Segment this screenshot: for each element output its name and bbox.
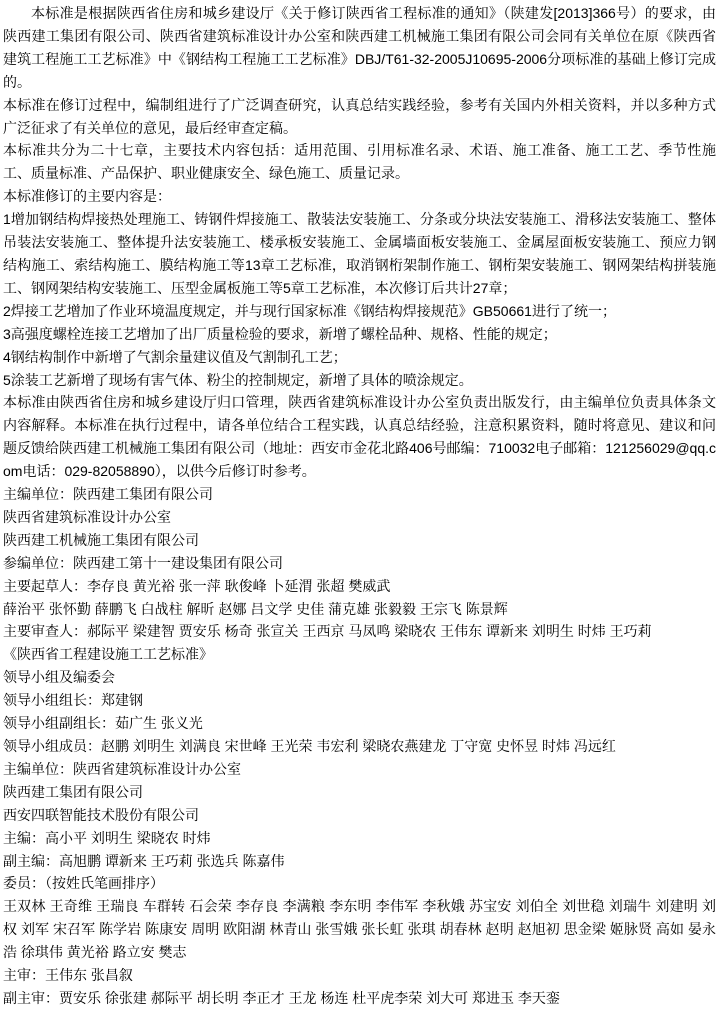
- line-standard-series-title: 《陕西省工程建设施工工艺标准》: [3, 643, 716, 666]
- line-chief-examiners: 主审：王伟东 张昌叙: [3, 964, 716, 987]
- paragraph-revision-item-1: 1增加钢结构焊接热处理施工、铸钢件焊接施工、散装法安装施工、分条或分块法安装施工…: [3, 208, 716, 300]
- line-series-chief-editing-unit-3: 西安四联智能技术股份有限公司: [3, 804, 716, 827]
- line-main-drafters-2: 薛治平 张怀勤 薛鹏飞 白战柱 解昕 赵娜 吕文学 史佳 蒲克雄 张毅毅 王宗飞…: [3, 598, 716, 621]
- paragraph-standard-basis: 本标准是根据陕西省住房和城乡建设厅《关于修订陕西省工程标准的通知》（陕建发[20…: [3, 2, 716, 94]
- paragraph-revision-intro: 本标准修订的主要内容是：: [3, 185, 716, 208]
- line-leading-group-members: 领导小组成员：赵鹏 刘明生 刘满良 宋世峰 王光荣 韦宏利 梁晓农燕建龙 丁守宽…: [3, 735, 716, 758]
- line-leading-group-deputy-leaders: 领导小组副组长：茹广生 张义光: [3, 712, 716, 735]
- line-deputy-chief-examiners: 副主审：贾安乐 徐张建 郝际平 胡长明 李正才 王龙 杨连 杜平虎李荣 刘大可 …: [3, 987, 716, 1010]
- paragraph-revision-item-5: 5涂装工艺新增了现场有害气体、粉尘的控制规定，新增了具体的喷涂规定。: [3, 369, 716, 392]
- paragraph-administration-contact: 本标准由陕西省住房和城乡建设厅归口管理，陕西省建筑标准设计办公室负责出版发行，由…: [3, 391, 716, 483]
- paragraph-revision-item-3: 3高强度螺栓连接工艺增加了出厂质量检验的要求，新增了螺栓品种、规格、性能的规定；: [3, 323, 716, 346]
- line-committee-members-list: 王双林 王奇维 王瑞良 车群转 石会荣 李存良 李满粮 李东明 李伟军 李秋娥 …: [3, 895, 716, 964]
- line-chief-editing-unit: 主编单位：陕西建工集团有限公司: [3, 483, 716, 506]
- line-chief-editors: 主编：高小平 刘明生 梁晓农 时炜: [3, 827, 716, 850]
- line-chief-editing-unit-3: 陕西建工机械施工集团有限公司: [3, 529, 716, 552]
- paragraph-revision-process: 本标准在修订过程中，编制组进行了广泛调查研究，认真总结实践经验，参考有关国内外相…: [3, 94, 716, 140]
- line-main-drafters: 主要起草人：李存良 黄光裕 张一萍 耿俊峰 卜延渭 张超 樊威武: [3, 575, 716, 598]
- line-leading-group-committee: 领导小组及编委会: [3, 666, 716, 689]
- line-series-chief-editing-unit: 主编单位：陕西省建筑标准设计办公室: [3, 758, 716, 781]
- line-series-chief-editing-unit-2: 陕西建工集团有限公司: [3, 781, 716, 804]
- line-main-reviewers: 主要审查人：郝际平 梁建智 贾安乐 杨奇 张宣关 王西京 马凤鸣 梁晓农 王伟东…: [3, 620, 716, 643]
- document-page: 本标准是根据陕西省住房和城乡建设厅《关于修订陕西省工程标准的通知》（陕建发[20…: [0, 0, 718, 1010]
- line-leading-group-leader: 领导小组组长：郑建钢: [3, 689, 716, 712]
- line-committee-members-label: 委员：（按姓氏笔画排序）: [3, 872, 716, 895]
- line-participating-unit: 参编单位：陕西建工第十一建设集团有限公司: [3, 552, 716, 575]
- paragraph-chapters-overview: 本标准共分为二十七章，主要技术内容包括：适用范围、引用标准名录、术语、施工准备、…: [3, 139, 716, 185]
- line-chief-editing-unit-2: 陕西省建筑标准设计办公室: [3, 506, 716, 529]
- paragraph-revision-item-4: 4钢结构制作中新增了气割余量建议值及气割制孔工艺；: [3, 346, 716, 369]
- line-deputy-chief-editors: 副主编：高旭鹏 谭新来 王巧莉 张选兵 陈嘉伟: [3, 850, 716, 873]
- paragraph-revision-item-2: 2焊接工艺增加了作业环境温度规定，并与现行国家标准《钢结构焊接规范》GB5066…: [3, 300, 716, 323]
